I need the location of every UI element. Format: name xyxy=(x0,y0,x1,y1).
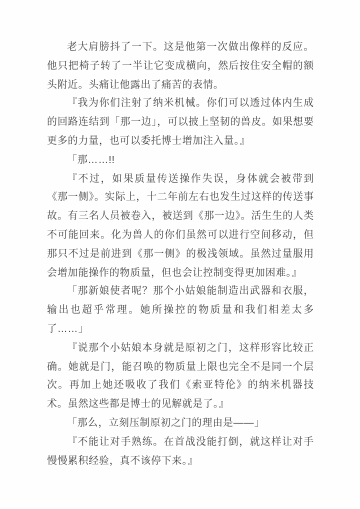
paragraph-dialogue: 「那么，立刻压制原初之门的理由是——」 xyxy=(47,415,314,434)
book-page: 老大肩膀抖了一下。这是他第一次做出像样的反应。他只把椅子转了一半让它变成横向，然… xyxy=(0,0,360,509)
paragraph-dialogue: 「那新娘使者呢？那个小姑娘能制造出武器和衣服，输出也超乎常理。她所操控的物质量和… xyxy=(47,283,314,339)
paragraph-dialogue: 「那……!! xyxy=(47,152,314,171)
page-text-block: 老大肩膀抖了一下。这是他第一次做出像样的反应。他只把椅子转了一半让它变成横向，然… xyxy=(47,39,314,471)
paragraph-dialogue: 『不能让对手熟练。在首战没能打倒，就这样让对手慢慢累积经验，真不该停下来。』 xyxy=(47,434,314,472)
paragraph-narration: 老大肩膀抖了一下。这是他第一次做出像样的反应。他只把椅子转了一半让它变成横向，然… xyxy=(47,39,314,95)
paragraph-dialogue: 『说那个小姑娘本身就是原初之门，这样形容比较正确。她就是门，能召唤的物质量上限也… xyxy=(47,340,314,415)
paragraph-dialogue: 『我为你们注射了纳米机械。你们可以透过体内生成的回路连结到「那一边」，可以披上坚… xyxy=(47,95,314,151)
paragraph-dialogue: 『不过，如果质量传送操作失误，身体就会被带到《那一侧》。实际上，十二年前左右也发… xyxy=(47,171,314,284)
